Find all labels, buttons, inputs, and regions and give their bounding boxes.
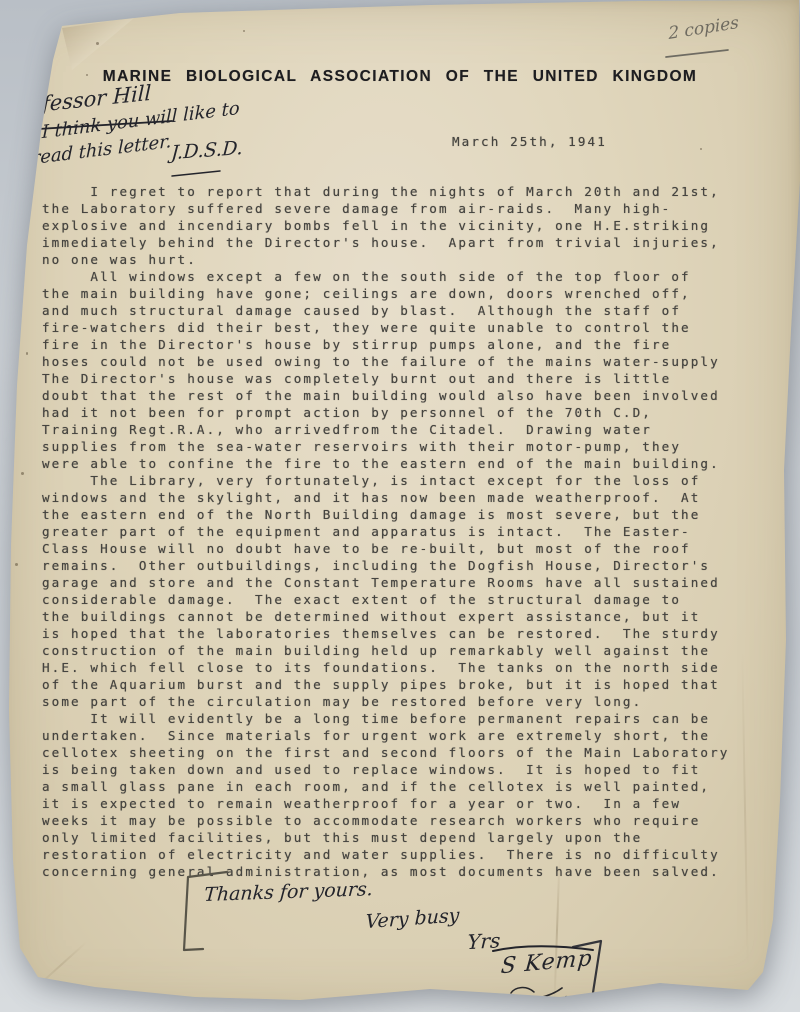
letter-paragraph: The Library, very fortunately, is intact…	[42, 472, 772, 710]
scanned-letter-page: MARINE BIOLOGICAL ASSOCIATION OF THE UNI…	[0, 0, 800, 1012]
paper-speck	[243, 30, 245, 32]
left-bracket-stroke	[184, 872, 227, 950]
right-bracket-stroke	[566, 941, 601, 999]
letterhead-title: MARINE BIOLOGICAL ASSOCIATION OF THE UNI…	[60, 68, 740, 86]
paper-speck	[22, 193, 25, 197]
paper-crease	[553, 858, 560, 1003]
forward-note-line1: I think you will like to	[42, 98, 240, 143]
paper-speck	[86, 74, 88, 76]
copies-annotation: 2 copies	[668, 13, 739, 44]
paper-crease	[741, 650, 749, 970]
paper-speck	[96, 42, 99, 45]
letter-body: I regret to report that during the night…	[42, 183, 772, 880]
signature-underline-stroke	[500, 988, 562, 1000]
paper-speck	[15, 563, 18, 566]
forward-note-line2: read this letter.	[32, 131, 172, 169]
paper-corner-fold	[58, 18, 138, 74]
closing-yours-annotation: Yrs	[467, 928, 501, 954]
forward-note-initials: J.D.S.D.	[170, 137, 243, 164]
paper-speck	[21, 472, 24, 475]
signature: S Kemp	[500, 946, 594, 979]
paper-speck	[122, 98, 124, 100]
letter-paragraph: All windows except a few on the south si…	[42, 268, 772, 472]
letter-paragraph: It will evidently be a long time before …	[42, 710, 772, 880]
signature-curl-stroke	[511, 988, 534, 993]
letter-paragraph: I regret to report that during the night…	[42, 183, 772, 268]
closing-thanks-annotation: Thanks for yours.	[203, 878, 373, 906]
paper-speck	[17, 284, 20, 288]
paper-speck	[26, 352, 28, 355]
initials-underline-stroke	[172, 171, 220, 176]
yours-flourish-stroke	[493, 946, 593, 951]
paper-sheet: MARINE BIOLOGICAL ASSOCIATION OF THE UNI…	[0, 0, 800, 1012]
paper-speck	[700, 148, 702, 150]
handwriting-strokes	[0, 0, 800, 1012]
copies-underline-stroke	[666, 50, 728, 57]
closing-busy-annotation: Very busy	[365, 904, 460, 933]
recipient-annotation: Professor Hill	[5, 81, 151, 121]
recipient-underline-stroke	[4, 121, 172, 131]
paper-crease	[34, 941, 87, 989]
letter-date: March 25th, 1941	[452, 133, 607, 150]
